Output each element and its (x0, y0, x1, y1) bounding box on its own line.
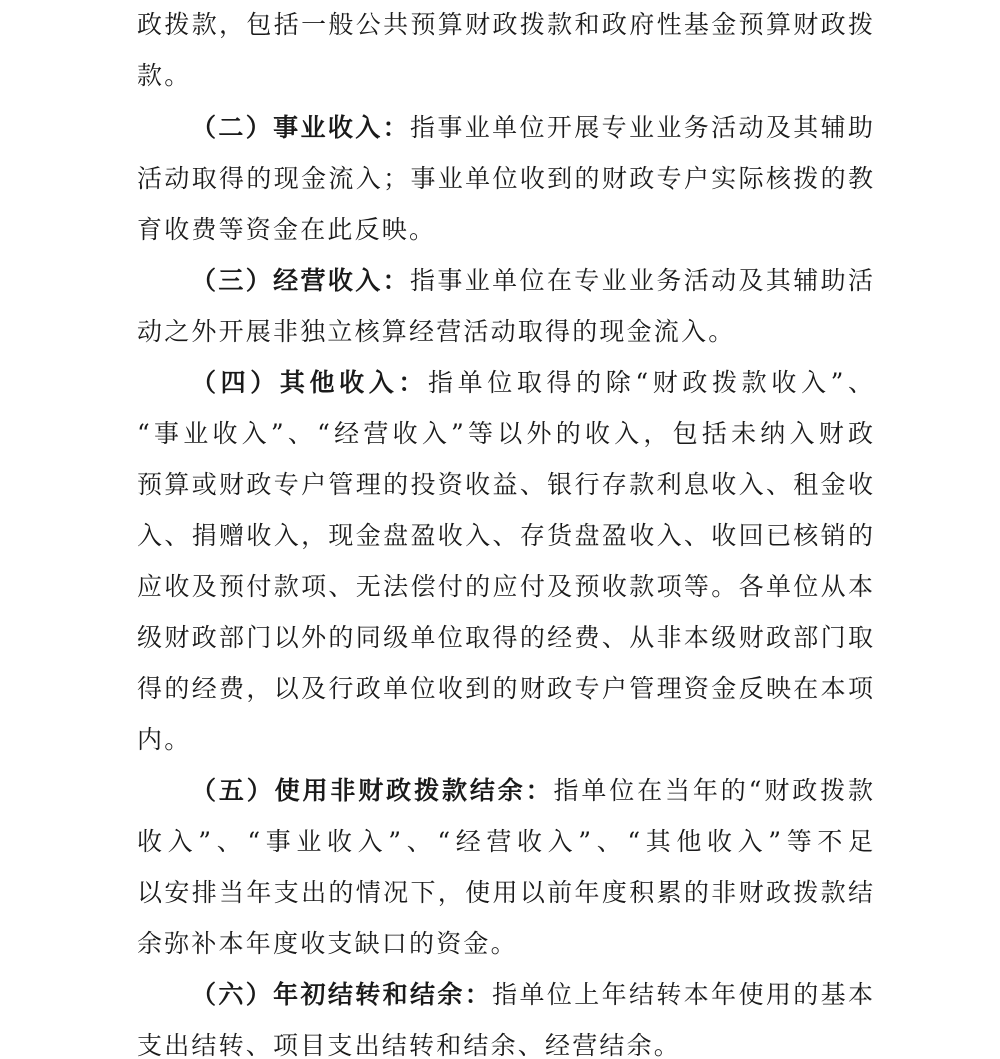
section-label: （三）经营收入： (191, 266, 410, 295)
paragraph-line: 内。 (137, 720, 191, 760)
paragraph-text: 指单位取得的除“财政拨款收入”、 (428, 368, 873, 397)
paragraph-line: 余弥补本年度收支缺口的资金。 (137, 924, 518, 964)
paragraph-line: 政拨款，包括一般公共预算财政拨款和政府性基金预算财政拨 (137, 5, 873, 45)
paragraph-other-income: （四）其他收入：指单位取得的除“财政拨款收入”、 (137, 363, 873, 403)
section-label: （六）年初结转和结余： (191, 980, 492, 1009)
paragraph-line: 预算或财政专户管理的投资收益、银行存款利息收入、租金收 (137, 465, 873, 505)
paragraph-line: 应收及预付款项、无法偿付的应付及预收款项等。各单位从本 (137, 567, 873, 607)
paragraph-text: 指事业单位在专业业务活动及其辅助活 (410, 266, 873, 295)
paragraph-operating-income: （三）经营收入：指事业单位在专业业务活动及其辅助活 (137, 261, 873, 301)
paragraph-line: 育收费等资金在此反映。 (137, 210, 436, 250)
paragraph-text: 指单位在当年的“财政拨款 (553, 776, 873, 805)
paragraph-text: 指单位上年结转本年使用的基本 (492, 980, 873, 1009)
paragraph-non-fiscal-balance: （五）使用非财政拨款结余：指单位在当年的“财政拨款 (137, 771, 873, 811)
section-label: （四）其他收入： (191, 368, 428, 397)
paragraph-line: 支出结转、项目支出结转和结余、经营结余。 (137, 1026, 681, 1059)
paragraph-line: 得的经费，以及行政单位收到的财政专户管理资金反映在本项 (137, 669, 873, 709)
paragraph-line: 活动取得的现金流入；事业单位收到的财政专户实际核拨的教 (137, 159, 873, 199)
paragraph-line: 动之外开展非独立核算经营活动取得的现金流入。 (137, 312, 735, 352)
section-label: （五）使用非财政拨款结余： (191, 776, 553, 805)
paragraph-line: 款。 (137, 56, 191, 96)
section-label: （二）事业收入： (191, 113, 410, 142)
paragraph-line: 级财政部门以外的同级单位取得的经费、从非本级财政部门取 (137, 618, 873, 658)
paragraph-carryover: （六）年初结转和结余：指单位上年结转本年使用的基本 (137, 975, 873, 1015)
paragraph-line: 收入”、“事业收入”、“经营收入”、“其他收入”等不足 (137, 822, 873, 862)
paragraph-line: 以安排当年支出的情况下，使用以前年度积累的非财政拨款结 (137, 873, 873, 913)
paragraph-text: 指事业单位开展专业业务活动及其辅助 (410, 113, 873, 142)
paragraph-line: “事业收入”、“经营收入”等以外的收入，包括未纳入财政 (137, 414, 873, 454)
paragraph-business-income: （二）事业收入：指事业单位开展专业业务活动及其辅助 (137, 108, 873, 148)
paragraph-line: 入、捐赠收入，现金盘盈收入、存货盘盈收入、收回已核销的 (137, 516, 873, 556)
